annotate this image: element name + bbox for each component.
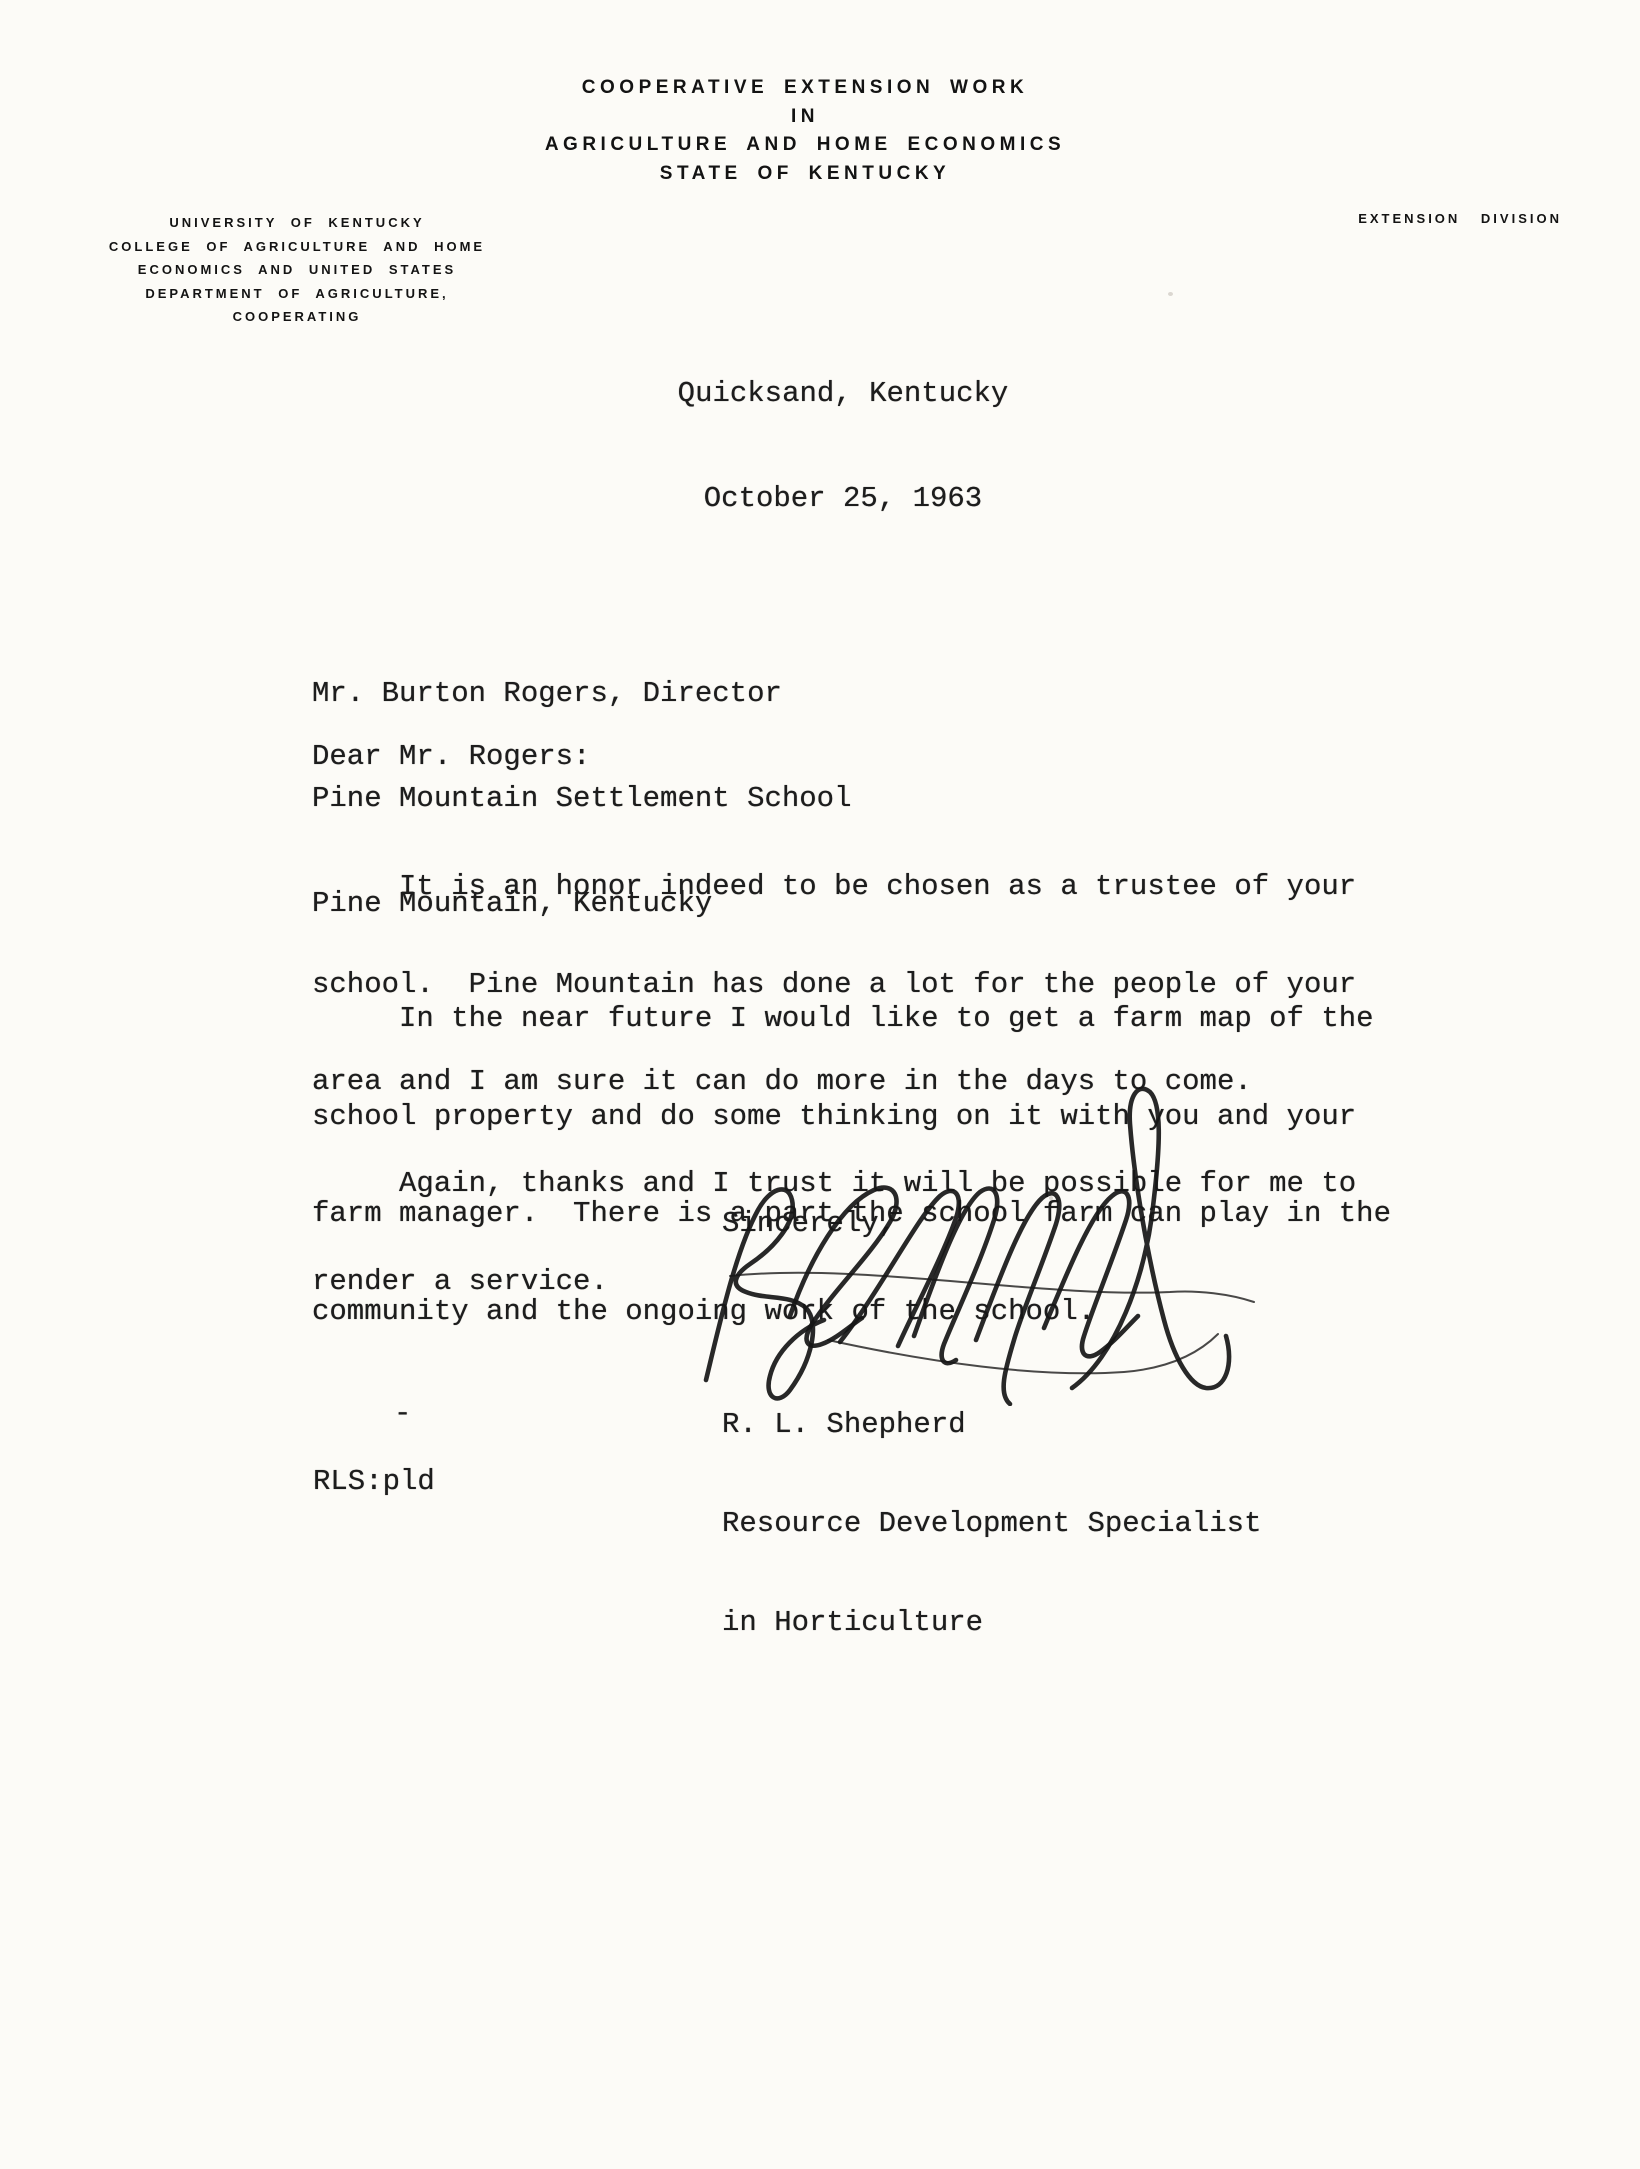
salutation: Dear Mr. Rogers: [312, 741, 590, 774]
letterhead-division: EXTENSION DIVISION [1358, 211, 1562, 226]
letter-page: COOPERATIVE EXTENSION WORK IN AGRICULTUR… [0, 0, 1640, 2169]
institution-line: DEPARTMENT OF AGRICULTURE, [57, 282, 537, 306]
stray-dash-mark: - [394, 1398, 411, 1431]
institution-line: COLLEGE OF AGRICULTURE AND HOME [57, 235, 537, 259]
letterhead-institution: UNIVERSITY OF KENTUCKY COLLEGE OF AGRICU… [57, 211, 537, 329]
dateline: Quicksand, Kentucky October 25, 1963 [563, 306, 1123, 586]
signer-name: R. L. Shepherd [722, 1408, 1262, 1441]
scan-speckle [1049, 1196, 1053, 1200]
recipient-line: Mr. Burton Rogers, Director [312, 676, 852, 711]
signer-title-line: in Horticulture [722, 1606, 1262, 1639]
letterhead-line: AGRICULTURE AND HOME ECONOMICS [0, 131, 1610, 160]
letterhead-line: COOPERATIVE EXTENSION WORK [0, 74, 1610, 103]
body-line: It is an honor indeed to be chosen as a … [312, 871, 1356, 904]
dateline-place: Quicksand, Kentucky [563, 376, 1123, 411]
scan-speckle [1168, 292, 1173, 296]
signer-title-line: Resource Development Specialist [722, 1507, 1262, 1540]
letterhead-line: STATE OF KENTUCKY [0, 160, 1610, 189]
body-line: In the near future I would like to get a… [312, 1003, 1391, 1036]
institution-line: UNIVERSITY OF KENTUCKY [57, 211, 537, 235]
dateline-date: October 25, 1963 [563, 481, 1123, 516]
body-line: Again, thanks and I trust it will be pos… [312, 1168, 1356, 1201]
institution-line: ECONOMICS AND UNITED STATES [57, 258, 537, 282]
signer-block: R. L. Shepherd Resource Development Spec… [722, 1342, 1262, 1705]
reference-initials: RLS:pld [313, 1466, 435, 1499]
letterhead-center: COOPERATIVE EXTENSION WORK IN AGRICULTUR… [0, 74, 1610, 188]
institution-line: COOPERATING [57, 305, 537, 329]
valediction: Sincerely, [722, 1208, 896, 1241]
letterhead-line: IN [0, 103, 1610, 132]
body-line: render a service. [312, 1266, 1356, 1299]
